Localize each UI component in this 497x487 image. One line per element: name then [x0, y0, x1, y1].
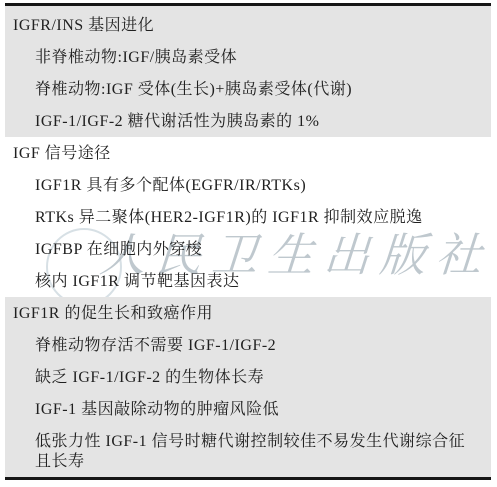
table-row: IGF-1/IGF-2 糖代谢活性为胰岛素的 1%	[5, 105, 491, 137]
section-header-row: IGF1R 的促生长和致癌作用	[5, 297, 491, 329]
table-row: 非脊椎动物:IGF/胰岛素受体	[5, 41, 491, 73]
section-gene-evolution: IGFR/INS 基因进化 非脊椎动物:IGF/胰岛素受体 脊椎动物:IGF 受…	[5, 6, 491, 137]
page: 人民卫生出版社 IGFR/INS 基因进化 非脊椎动物:IGF/胰岛素受体 脊椎…	[0, 0, 497, 487]
table-row: IGFBP 在细胞内外穿梭	[5, 233, 491, 265]
section-signaling-pathway: IGF 信号途径 IGF1R 具有多个配体(EGFR/IR/RTKs) RTKs…	[5, 137, 491, 297]
table-row: 核内 IGF1R 调节靶基因表达	[5, 265, 491, 297]
section-header-row: IGF 信号途径	[5, 137, 491, 169]
table-row: 缺乏 IGF-1/IGF-2 的生物体长寿	[5, 361, 491, 393]
table-row: IGF1R 具有多个配体(EGFR/IR/RTKs)	[5, 169, 491, 201]
table-row: RTKs 异二聚体(HER2-IGF1R)的 IGF1R 抑制效应脱逸	[5, 201, 491, 233]
table-row: 脊椎动物:IGF 受体(生长)+胰岛素受体(代谢)	[5, 73, 491, 105]
table-row: 低张力性 IGF-1 信号时糖代谢控制较佳不易发生代谢综合征且长寿	[5, 425, 491, 477]
section-header-row: IGFR/INS 基因进化	[5, 9, 491, 41]
table-row: 脊椎动物存活不需要 IGF-1/IGF-2	[5, 329, 491, 361]
section-growth-oncogenic: IGF1R 的促生长和致癌作用 脊椎动物存活不需要 IGF-1/IGF-2 缺乏…	[5, 297, 491, 477]
igf-summary-table: IGFR/INS 基因进化 非脊椎动物:IGF/胰岛素受体 脊椎动物:IGF 受…	[5, 3, 491, 480]
table-row: IGF-1 基因敲除动物的肿瘤风险低	[5, 393, 491, 425]
